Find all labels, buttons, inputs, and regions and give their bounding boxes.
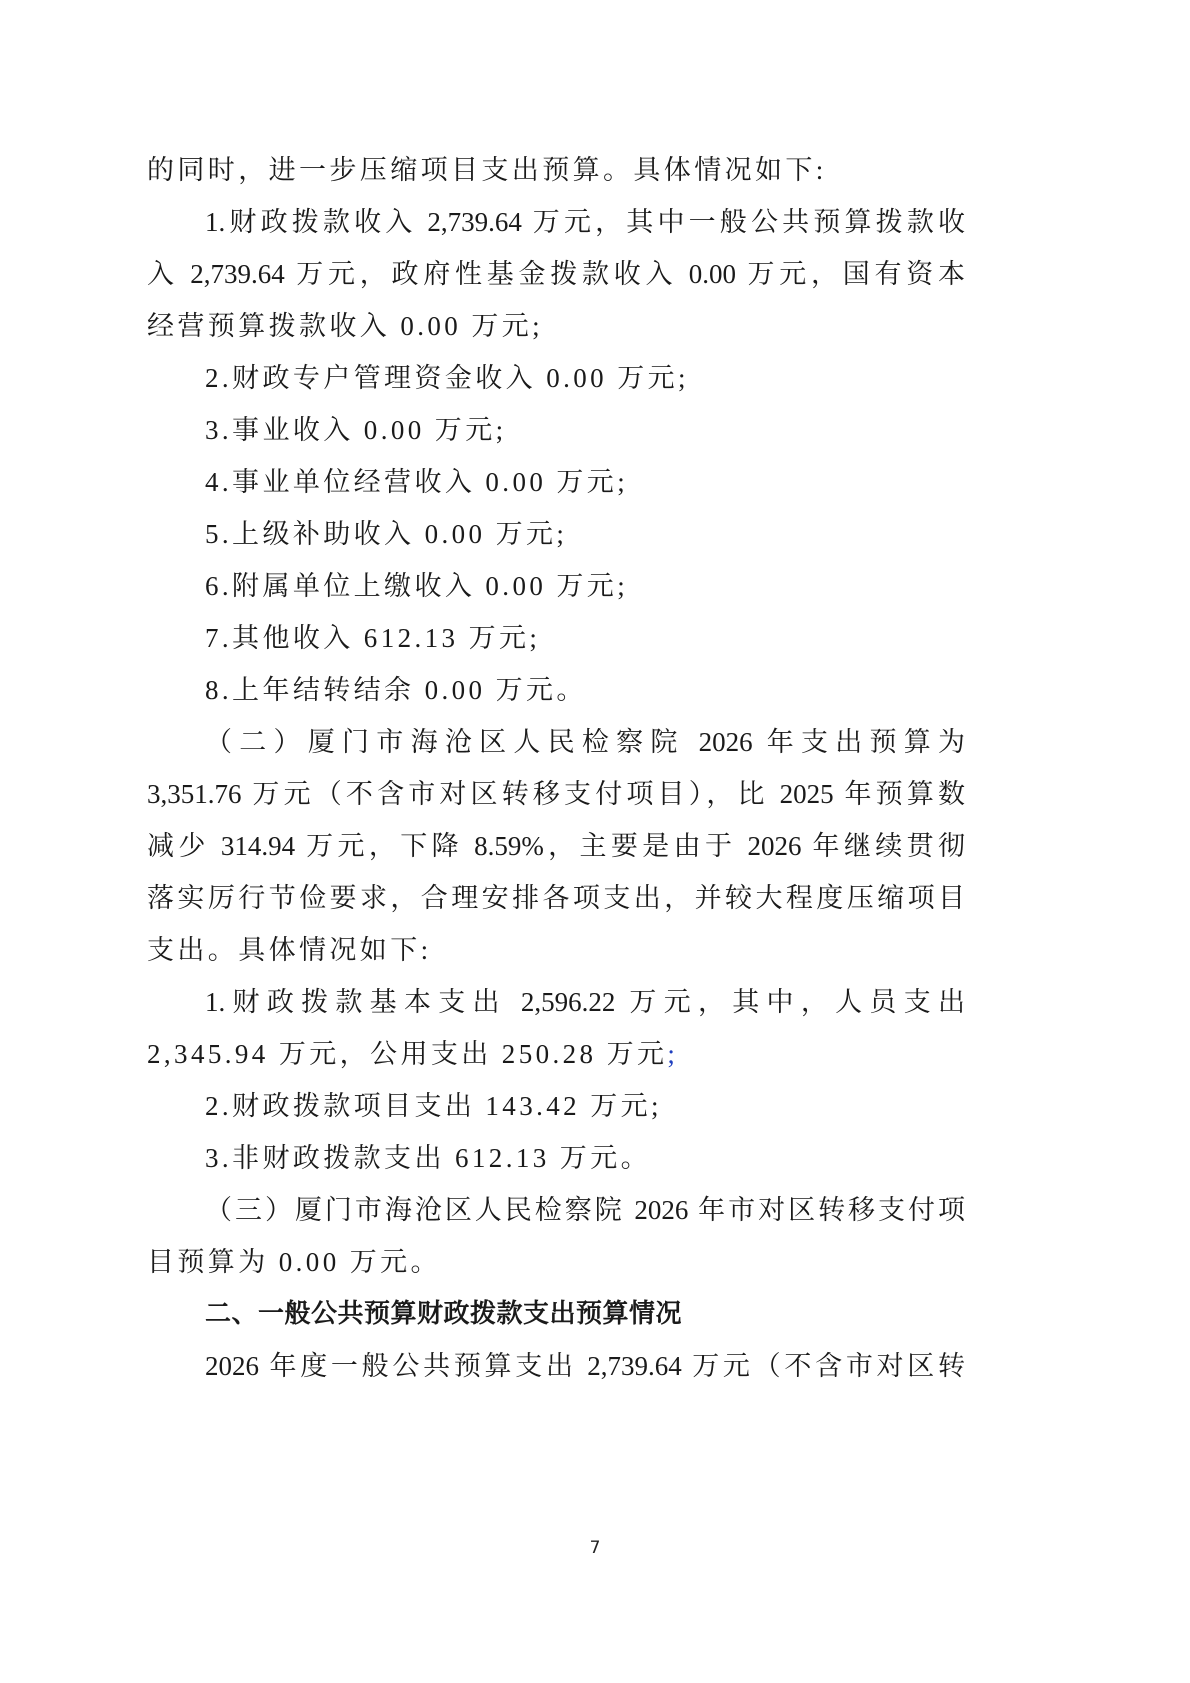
paragraph-line: 入 2,739.64 万元，政府性基金拨款收入 0.00 万元，国有资本 <box>147 254 965 294</box>
section-heading: 二、一般公共预算财政拨款支出预算情况 <box>205 1294 965 1334</box>
line-text: 1.财政拨款基本支出 2,596.22 万元，其中，人员支出 <box>205 987 965 1017</box>
paragraph-line: 1.财政拨款基本支出 2,596.22 万元，其中，人员支出 <box>205 982 965 1022</box>
line-text: 6.附属单位上缴收入 0.00 万元; <box>205 571 628 601</box>
page-number: 7 <box>0 1538 1190 1558</box>
line-text: 5.上级补助收入 0.00 万元; <box>205 519 567 549</box>
line-text: 2.财政拨款项目支出 143.42 万元; <box>205 1091 662 1121</box>
paragraph-line: 1.财政拨款收入 2,739.64 万元，其中一般公共预算拨款收 <box>205 202 965 242</box>
paragraph-line: （三）厦门市海沧区人民检察院 2026 年市对区转移支付项 <box>205 1190 965 1230</box>
line-text: 1.财政拨款收入 2,739.64 万元，其中一般公共预算拨款收 <box>205 207 965 237</box>
paragraph-line: 3,351.76 万元（不含市对区转移支付项目），比 2025 年预算数 <box>147 774 965 814</box>
line-text: 3.非财政拨款支出 612.13 万元。 <box>205 1143 651 1173</box>
line-text: 入 2,739.64 万元，政府性基金拨款收入 0.00 万元，国有资本 <box>147 259 965 289</box>
line-text: （三）厦门市海沧区人民检察院 2026 年市对区转移支付项 <box>205 1195 965 1225</box>
paragraph-line: 目预算为 0.00 万元。 <box>147 1242 965 1282</box>
line-text: 7.其他收入 612.13 万元; <box>205 623 540 653</box>
paragraph-line: 落实厉行节俭要求，合理安排各项支出，并较大程度压缩项目 <box>147 878 965 918</box>
line-text: （二）厦门市海沧区人民检察院 2026 年支出预算为 <box>205 727 965 757</box>
paragraph-line: （二）厦门市海沧区人民检察院 2026 年支出预算为 <box>205 722 965 762</box>
paragraph-line: 5.上级补助收入 0.00 万元; <box>205 514 965 554</box>
line-text: 减少 314.94 万元，下降 8.59%，主要是由于 2026 年继续贯彻 <box>147 831 965 861</box>
line-text: 2,345.94 万元，公用支出 250.28 万元 <box>147 1039 667 1069</box>
line-text: 经营预算拨款收入 0.00 万元; <box>147 311 543 341</box>
line-text: 的同时，进一步压缩项目支出预算。具体情况如下: <box>147 155 827 185</box>
line-text: 4.事业单位经营收入 0.00 万元; <box>205 467 628 497</box>
paragraph-line: 2026 年度一般公共预算支出 2,739.64 万元（不含市对区转 <box>205 1346 965 1386</box>
paragraph-line: 经营预算拨款收入 0.00 万元; <box>147 306 965 346</box>
line-text: 目预算为 0.00 万元。 <box>147 1247 441 1277</box>
line-text: 3.事业收入 0.00 万元; <box>205 415 507 445</box>
paragraph-line: 6.附属单位上缴收入 0.00 万元; <box>205 566 965 606</box>
line-suffix: ; <box>667 1039 678 1069</box>
line-text: 支出。具体情况如下: <box>147 935 432 965</box>
paragraph-line: 2.财政拨款项目支出 143.42 万元; <box>205 1086 965 1126</box>
line-text: 8.上年结转结余 0.00 万元。 <box>205 675 587 705</box>
paragraph-line: 的同时，进一步压缩项目支出预算。具体情况如下: <box>147 150 965 190</box>
line-text: 2.财政专户管理资金收入 0.00 万元; <box>205 363 689 393</box>
paragraph-line: 7.其他收入 612.13 万元; <box>205 618 965 658</box>
paragraph-line: 3.事业收入 0.00 万元; <box>205 410 965 450</box>
paragraph-line: 2,345.94 万元，公用支出 250.28 万元; <box>147 1034 965 1074</box>
line-text: 3,351.76 万元（不含市对区转移支付项目），比 2025 年预算数 <box>147 779 965 809</box>
paragraph-line: 减少 314.94 万元，下降 8.59%，主要是由于 2026 年继续贯彻 <box>147 826 965 866</box>
paragraph-line: 2.财政专户管理资金收入 0.00 万元; <box>205 358 965 398</box>
paragraph-line: 3.非财政拨款支出 612.13 万元。 <box>205 1138 965 1178</box>
document-page: 的同时，进一步压缩项目支出预算。具体情况如下:1.财政拨款收入 2,739.64… <box>0 0 1190 1683</box>
line-text: 落实厉行节俭要求，合理安排各项支出，并较大程度压缩项目 <box>147 883 965 913</box>
paragraph-line: 4.事业单位经营收入 0.00 万元; <box>205 462 965 502</box>
paragraph-line: 支出。具体情况如下: <box>147 930 965 970</box>
paragraph-line: 8.上年结转结余 0.00 万元。 <box>205 670 965 710</box>
